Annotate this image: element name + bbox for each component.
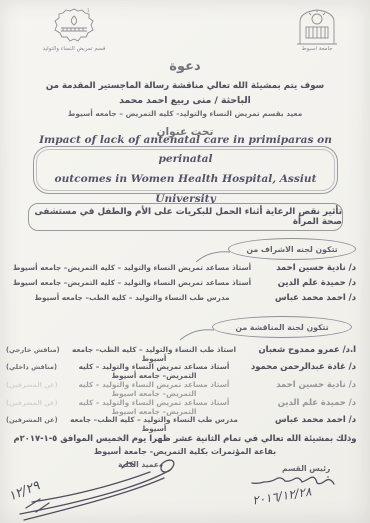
member-name: د/ نادية حسين احمد	[246, 379, 356, 389]
member-name: ا.د/ عمرو ممدوح شعبان	[246, 344, 356, 354]
arabic-title-box: تأثير نقص الرعاية أثناء الحمل للبكريات ع…	[28, 203, 343, 231]
discussion-member-row: د/ نادية حسين احمد أستاذ مساعد تمريض الن…	[0, 379, 370, 398]
member-role: (عن المشرفين)	[6, 399, 62, 407]
discussion-member-row: د/ غادة عبدالرحمن محمود أستاذ مساعد تمري…	[0, 361, 370, 380]
intro-line: سوف يتم بمشيئة الله تعالي مناقشة رسالة ا…	[0, 81, 370, 91]
scanned-invitation-document: 3 قسم تمريض النساء والتوليد جامعة اسيوط …	[0, 0, 370, 523]
english-title-line1: Impact of lack of antenatal care in prim…	[34, 131, 337, 170]
researcher-name-line: الباحثة / منى ربيع احمد محمد	[0, 95, 370, 106]
arabic-title: تأثير نقص الرعاية أثناء الحمل للبكريات ع…	[29, 207, 342, 227]
member-name: د/ حميدة علم الدين	[258, 277, 356, 287]
member-role: (عن المشرفين)	[6, 416, 62, 424]
member-title: أستاذ مساعد تمريض النساء والتوليد – كليه…	[62, 362, 246, 380]
member-title: مدرس طب النساء والتوليد – كليه الطب– جام…	[6, 293, 258, 302]
discussion-member-row: د/ احمد محمد عباس مدرس طب النساء والتولي…	[0, 414, 370, 433]
member-title: مدرس طب النساء والتوليد – كليه الطب– جام…	[62, 415, 246, 433]
invitation-heading: دعوة	[0, 59, 370, 74]
researcher-title-line: معيد بقسم تمريض النساء والتوليد- كليه ال…	[0, 109, 370, 118]
head-label: رئيس القسم	[282, 464, 330, 473]
member-name: د/ حميدة علم الدين	[246, 397, 356, 407]
member-name: د/ غادة عبدالرحمن محمود	[246, 361, 356, 371]
datetime-line: وذلك بمشيئة الله تعالي في تمام الثانية ع…	[0, 433, 370, 443]
member-role: (عن المشرفين)	[6, 381, 62, 389]
member-role: (مناقش خارجي)	[6, 346, 62, 354]
english-title-box: Impact of lack of antenatal care in prim…	[33, 146, 338, 194]
member-title: أستاذ مساعد تمريض النساء والتوليد – كليه…	[62, 380, 246, 398]
member-name: د/ نادية حسين احمد	[258, 262, 356, 272]
supervision-member-row: د/ حميدة علم الدين أستاذ مساعد تمريض الن…	[0, 277, 370, 287]
supervision-member-row: د/ نادية حسين احمد أستاذ مساعد تمريض الن…	[0, 262, 370, 272]
department-crest-icon: 3	[50, 8, 98, 46]
university-logo-caption: جامعة اسيوط	[292, 46, 342, 52]
member-title: أستاذ مساعد تمريض النساء والتوليد – كليه…	[6, 278, 258, 287]
member-name: د/ احمد محمد عباس	[246, 414, 356, 424]
svg-text:3: 3	[87, 8, 90, 13]
member-role: (مناقش داخلي)	[6, 363, 62, 371]
university-emblem-icon	[295, 8, 339, 46]
supervision-heading: تتكون لجنه الاشراف من	[228, 238, 356, 260]
department-logo-caption: قسم تمريض النساء والتوليد	[26, 46, 122, 52]
oval-tail-decoration	[180, 326, 214, 342]
member-name: د/ احمد محمد عباس	[258, 292, 356, 302]
member-title: أستاذ مساعد تمريض النساء والتوليد – كليه…	[6, 263, 258, 272]
discussion-heading: تتكون لجنة المناقشة من	[212, 316, 352, 338]
supervision-member-row: د/ احمد محمد عباس مدرس طب النساء والتولي…	[0, 292, 370, 302]
